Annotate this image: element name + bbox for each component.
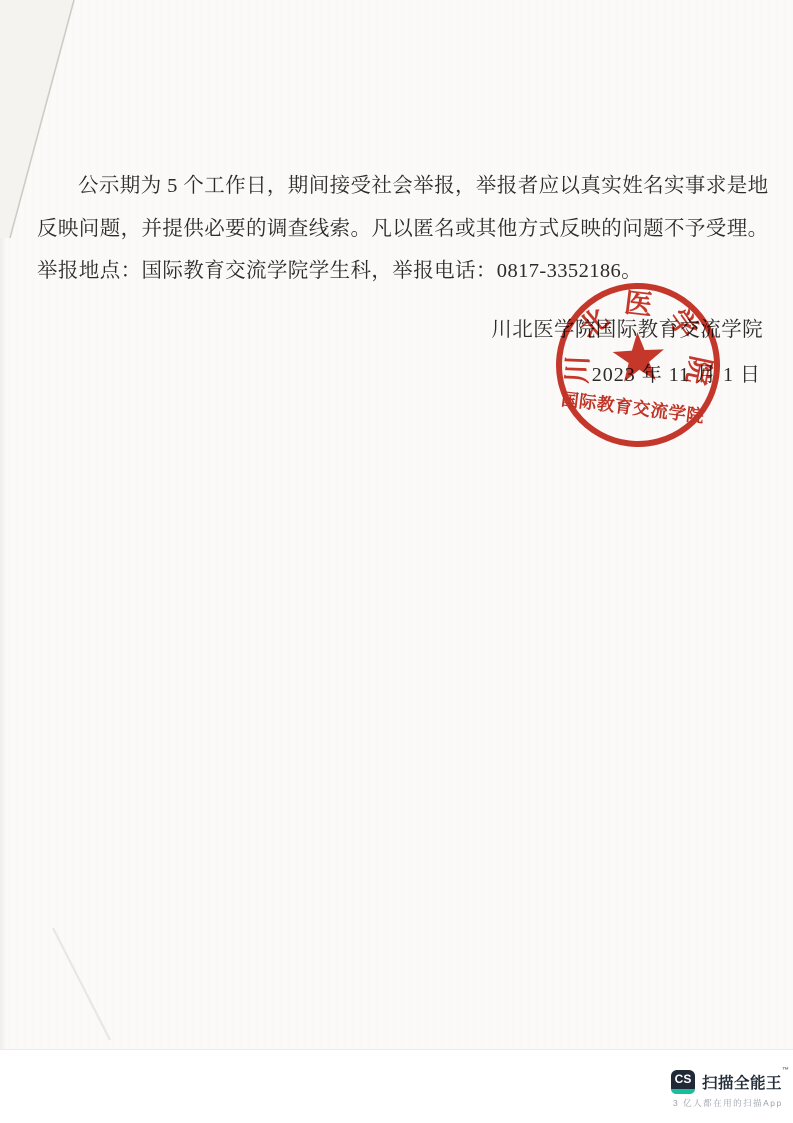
camscanner-watermark: CS 扫描全能王™ 3 亿人都在用的扫描App [671, 1070, 790, 1109]
scanned-document-screen: 公示期为 5 个工作日，期间接受社会举报，举报者应以真实姓名实事求是地 反映问题… [0, 0, 793, 1123]
star-icon [609, 329, 665, 386]
trademark-symbol: ™ [782, 1067, 790, 1074]
scan-corner-fold-artifact [0, 0, 92, 246]
camscanner-app-icon: CS [671, 1070, 695, 1094]
official-seal: 川北医学院 国际教育交流学院 [543, 279, 733, 459]
paragraph-line-1: 公示期为 5 个工作日，期间接受社会举报，举报者应以真实姓名实事求是地 [78, 174, 769, 199]
cs-icon-accent-bar [671, 1089, 695, 1094]
scan-crease-artifact [0, 860, 160, 1050]
cs-icon-letters: CS [671, 1072, 695, 1086]
watermark-app-name-text: 扫描全能王 [702, 1075, 782, 1092]
watermark-app-name: 扫描全能王™ [702, 1071, 790, 1093]
watermark-tagline: 3 亿人都在用的扫描App [673, 1097, 790, 1109]
seal-arc-text: 川北医学院 [559, 280, 724, 401]
paragraph-line-2: 反映问题，并提供必要的调查线索。凡以匿名或其他方式反映的问题不予受理。 [37, 217, 769, 242]
